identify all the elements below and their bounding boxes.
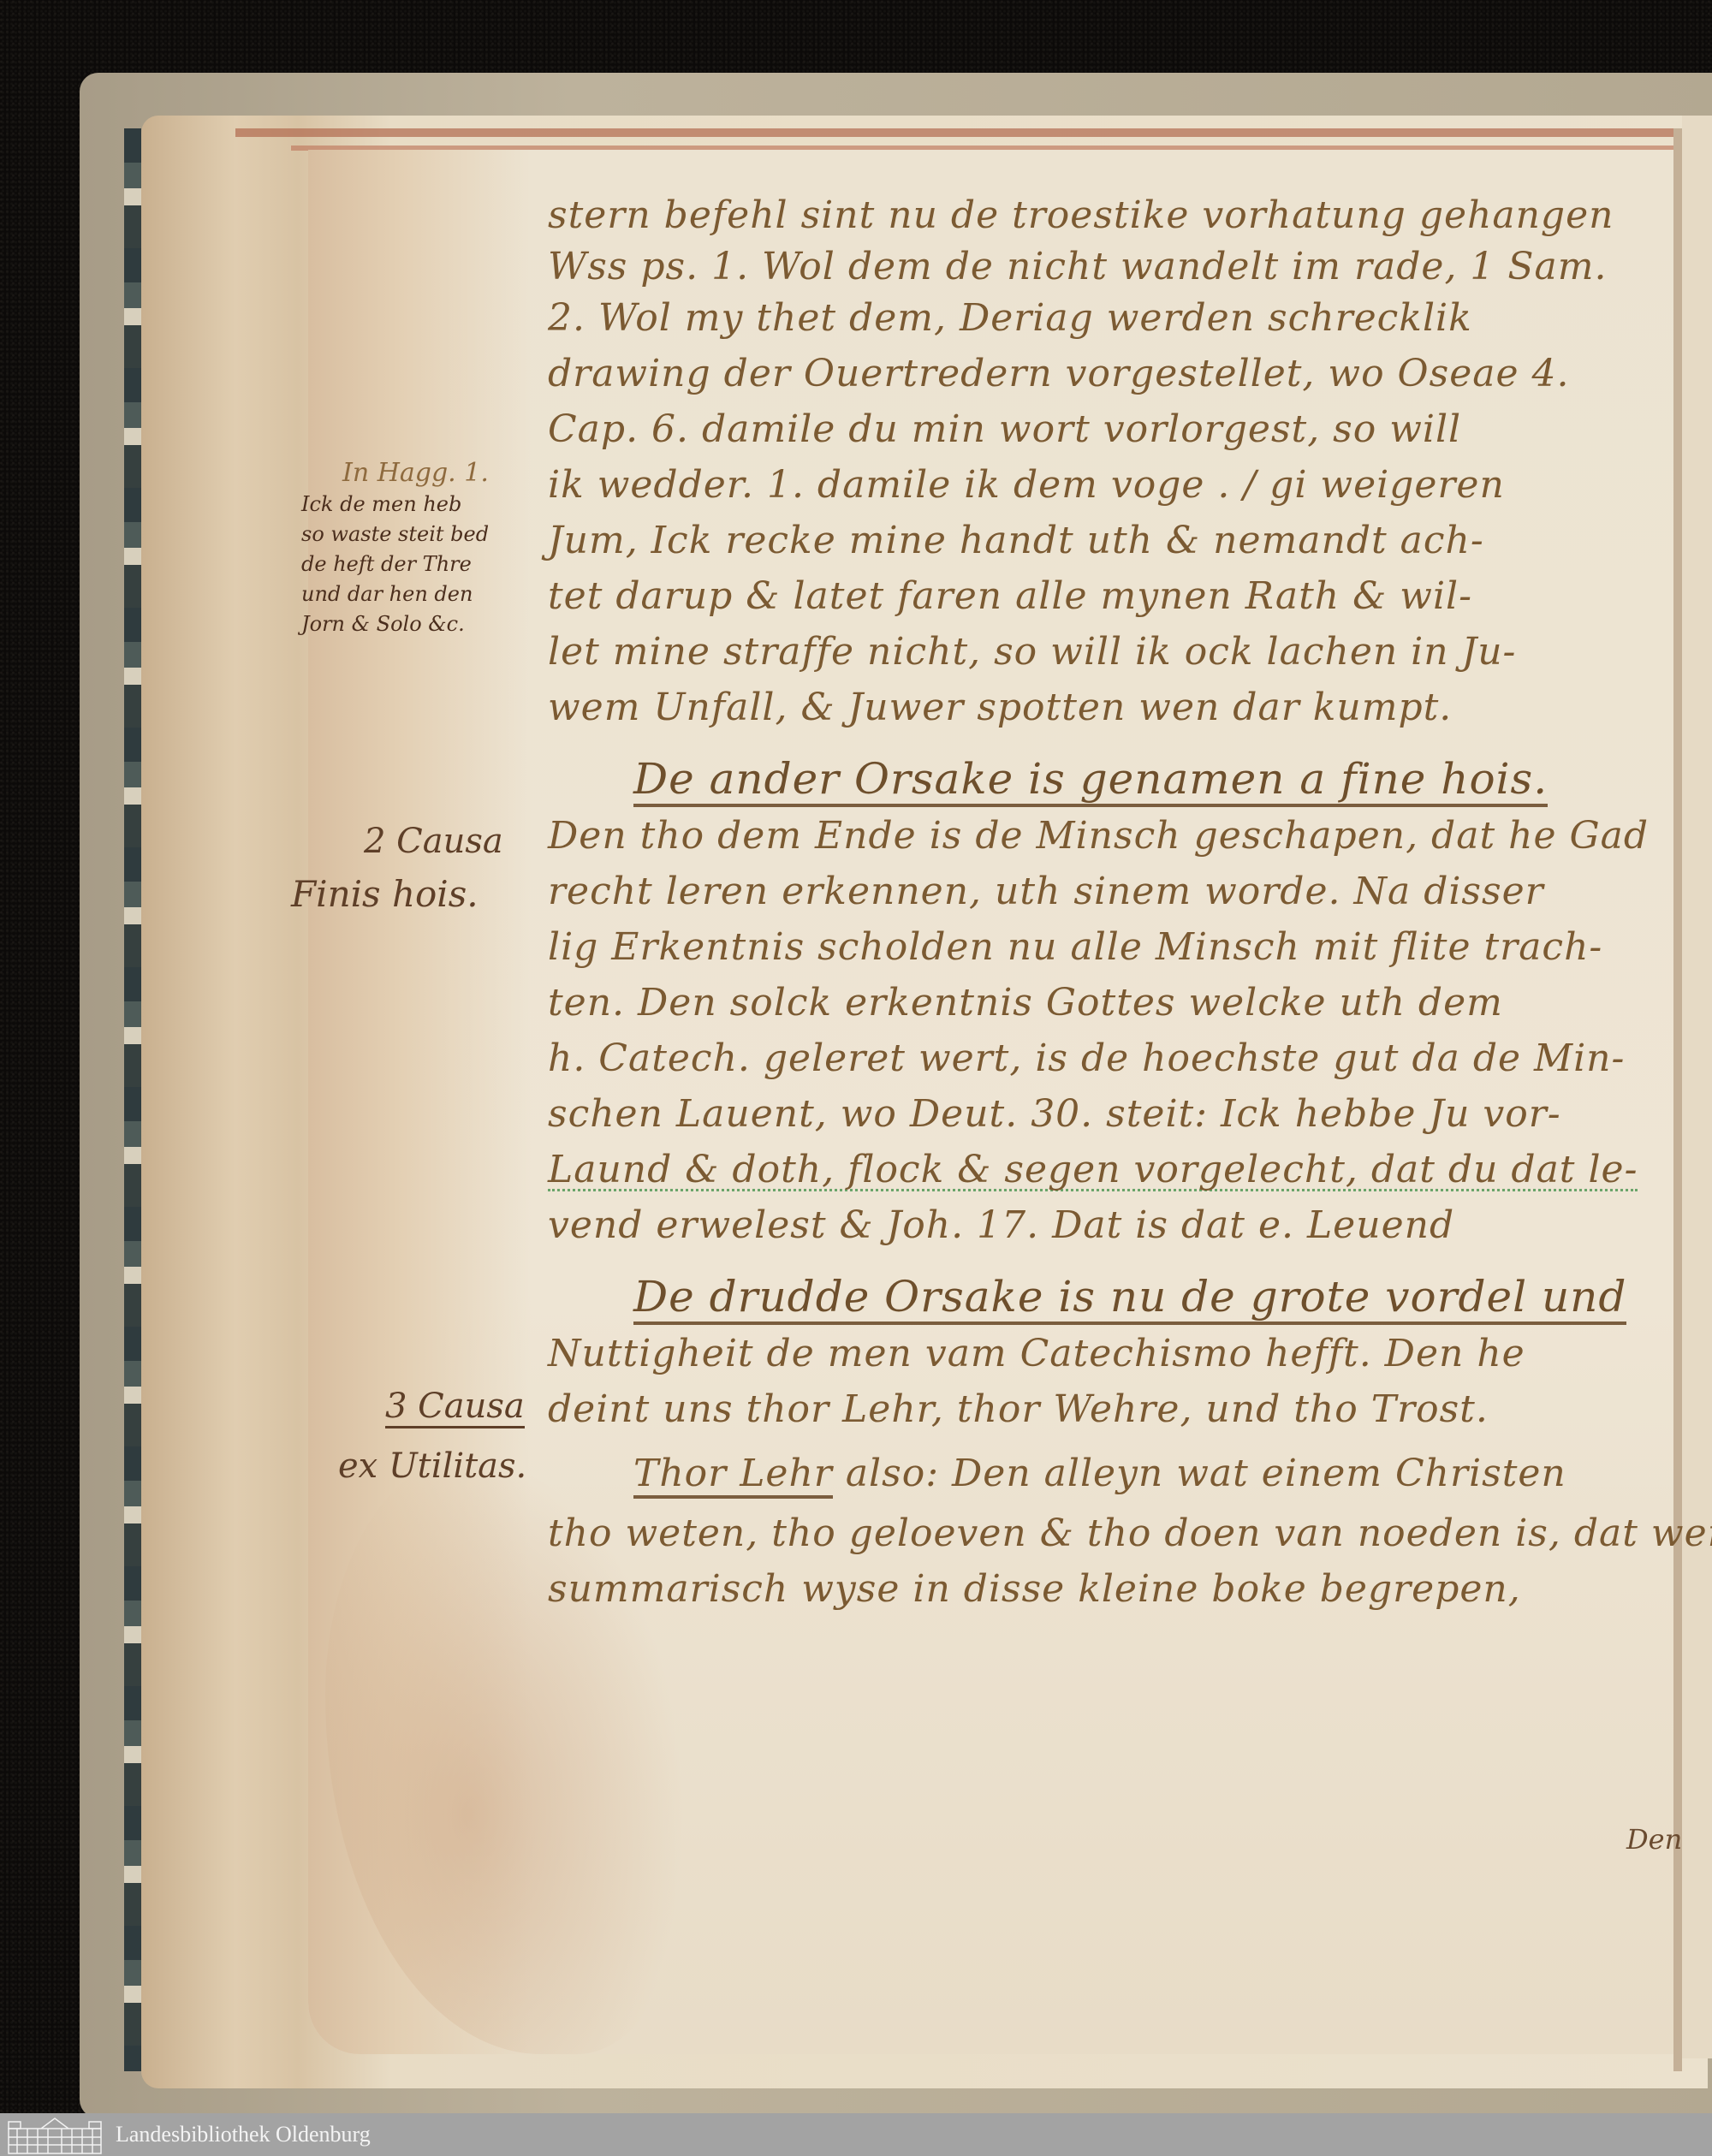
section-heading-3: De drudde Orsake is nu de grote vordel u…: [633, 1275, 1626, 1318]
sub-heading: Thor Lehr: [633, 1452, 833, 1499]
text-line: h. Catech. geleret wert, is de hoechste …: [548, 1040, 1625, 1078]
text-line: deint uns thor Lehr, thor Wehre, und tho…: [548, 1391, 1489, 1428]
text-line-green-underlined: Laund & doth, flock & segen vorgelecht, …: [548, 1151, 1638, 1191]
text-line: vend erwelest & Joh. 17. Dat is dat e. L…: [548, 1207, 1454, 1244]
text-line: Den tho dem Ende is de Minsch geschapen,…: [548, 817, 1649, 855]
marginal-causa-3: 3 Causa: [385, 1387, 525, 1428]
text-line: tho weten, tho geloeven & tho doen van n…: [548, 1515, 1712, 1553]
institution-name: Landesbibliothek Oldenburg: [116, 2122, 371, 2147]
text-line: ik wedder. 1. damile ik dem voge . / gi …: [548, 466, 1505, 504]
text-line: summarisch wyse in disse kleine boke beg…: [548, 1571, 1521, 1608]
text-line: Wss ps. 1. Wol dem de nicht wandelt im r…: [548, 248, 1607, 286]
text-line: stern befehl sint nu de troestike vorhat…: [548, 197, 1614, 235]
marginal-causa-2: 2 Causa: [364, 822, 503, 861]
marbled-endpaper: [124, 128, 141, 2071]
text-line: recht leren erkennen, uth sinem worde. N…: [548, 873, 1544, 911]
text-line: tet darup & latet faren alle mynen Rath …: [548, 578, 1472, 615]
marginal-note-line: Ick de men heb: [301, 492, 461, 516]
marginal-note-line: de heft der Thre: [301, 552, 472, 576]
library-building-icon: [7, 2117, 103, 2154]
text-line: Cap. 6. damile du min wort vorlorgest, s…: [548, 411, 1461, 448]
marginal-note-line: und dar hen den: [301, 582, 473, 606]
text-line: lig Erkentnis scholden nu alle Minsch mi…: [548, 929, 1602, 966]
marginal-note-ref: In Hagg. 1.: [342, 458, 489, 488]
section-heading-2: De ander Orsake is genamen a fine hois.: [633, 757, 1548, 800]
text-line: drawing der Ouertredern vorgestellet, wo…: [548, 355, 1569, 393]
text-line: schen Lauent, wo Deut. 30. steit: Ick he…: [548, 1096, 1561, 1133]
text-line: wem Unfall, & Juwer spotten wen dar kump…: [548, 689, 1452, 727]
marginal-ex-utilitas: ex Utilitas.: [338, 1446, 526, 1486]
catchword: Den: [1626, 1823, 1682, 1856]
text-line: Nuttigheit de men vam Catechismo hefft. …: [548, 1335, 1525, 1373]
red-page-edge: [235, 128, 1682, 137]
gutter: [1673, 128, 1682, 2071]
text-line: let mine straffe nicht, so will ik ock l…: [548, 633, 1516, 671]
facing-page-edge: [1682, 116, 1712, 2058]
marginal-finis-hois: Finis hois.: [291, 873, 479, 915]
footer-bar: Landesbibliothek Oldenburg: [0, 2113, 1712, 2156]
text-line: ten. Den solck erkentnis Gottes welcke u…: [548, 984, 1503, 1022]
marginal-note-line: so waste steit bed: [301, 522, 489, 546]
text-line: 2. Wol my thet dem, Deriag werden schrec…: [548, 300, 1472, 337]
text-line: Jum, Ick recke mine handt uth & nemandt …: [548, 522, 1484, 560]
sub-heading-line: Thor Lehr also: Den alleyn wat einem Chr…: [633, 1455, 1566, 1493]
marginal-note-line: Jorn & Solo &c.: [301, 612, 465, 636]
